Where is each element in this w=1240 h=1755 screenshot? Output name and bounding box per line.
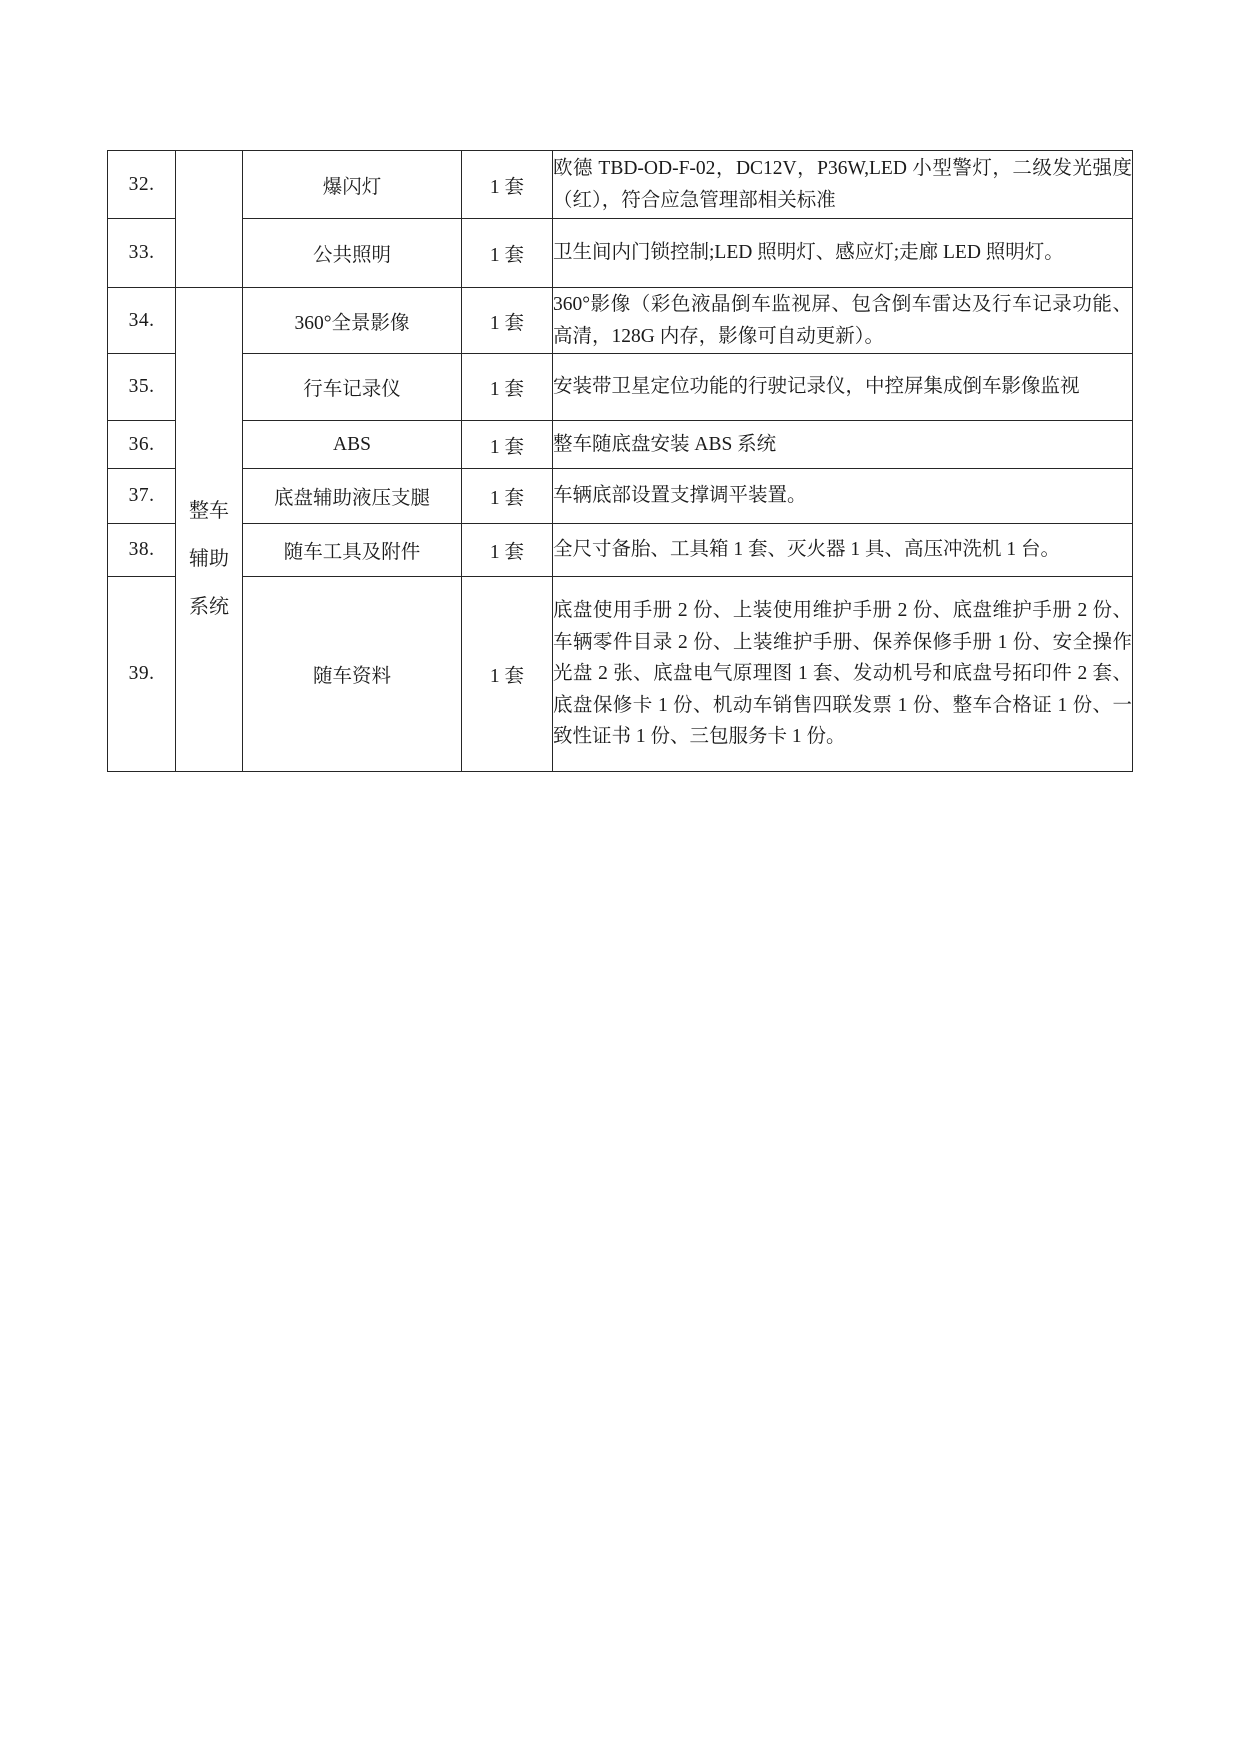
table-row: 35. 行车记录仪 1 套 安装带卫星定位功能的行驶记录仪，中控屏集成倒车影像监… <box>108 354 1133 421</box>
row-number-cell: 35. <box>108 354 176 421</box>
equipment-spec-table: 32. 爆闪灯 1 套 欧德 TBD-OD-F-02，DC12V，P36W,LE… <box>107 150 1133 772</box>
item-name-cell: 公共照明 <box>243 219 462 288</box>
row-number-cell: 36. <box>108 421 176 469</box>
table-row: 37. 底盘辅助液压支腿 1 套 车辆底部设置支撑调平装置。 <box>108 469 1133 524</box>
item-name-cell: 随车工具及附件 <box>243 524 462 577</box>
quantity-cell: 1 套 <box>462 354 553 421</box>
quantity-cell: 1 套 <box>462 469 553 524</box>
item-name-cell: 底盘辅助液压支腿 <box>243 469 462 524</box>
row-number-cell: 39. <box>108 577 176 772</box>
spec-description-cell: 底盘使用手册 2 份、上装使用维护手册 2 份、底盘维护手册 2 份、车辆零件目… <box>553 577 1133 772</box>
quantity-cell: 1 套 <box>462 524 553 577</box>
table-row: 33. 公共照明 1 套 卫生间内门锁控制;LED 照明灯、感应灯;走廊 LED… <box>108 219 1133 288</box>
quantity-cell: 1 套 <box>462 421 553 469</box>
item-name-cell: 行车记录仪 <box>243 354 462 421</box>
spec-description-cell: 卫生间内门锁控制;LED 照明灯、感应灯;走廊 LED 照明灯。 <box>553 219 1133 288</box>
category-label-line: 辅助 <box>189 535 229 583</box>
quantity-cell: 1 套 <box>462 219 553 288</box>
category-label-line: 系统 <box>189 583 229 631</box>
item-name-cell: 爆闪灯 <box>243 151 462 219</box>
table-row: 38. 随车工具及附件 1 套 全尺寸备胎、工具箱 1 套、灭火器 1 具、高压… <box>108 524 1133 577</box>
spec-description-cell: 车辆底部设置支撑调平装置。 <box>553 469 1133 524</box>
spec-description-cell: 欧德 TBD-OD-F-02，DC12V，P36W,LED 小型警灯，二级发光强… <box>553 151 1133 219</box>
row-number-cell: 32. <box>108 151 176 219</box>
quantity-cell: 1 套 <box>462 288 553 354</box>
spec-description-cell: 整车随底盘安装 ABS 系统 <box>553 421 1133 469</box>
quantity-cell: 1 套 <box>462 151 553 219</box>
quantity-cell: 1 套 <box>462 577 553 772</box>
item-name-cell: 随车资料 <box>243 577 462 772</box>
category-label-line: 整车 <box>189 487 229 535</box>
spec-description-cell: 安装带卫星定位功能的行驶记录仪，中控屏集成倒车影像监视 <box>553 354 1133 421</box>
item-name-cell: 360°全景影像 <box>243 288 462 354</box>
table-row: 36. ABS 1 套 整车随底盘安装 ABS 系统 <box>108 421 1133 469</box>
spec-description-cell: 全尺寸备胎、工具箱 1 套、灭火器 1 具、高压冲洗机 1 台。 <box>553 524 1133 577</box>
spec-description-cell: 360°影像（彩色液晶倒车监视屏、包含倒车雷达及行车记录功能、高清，128G 内… <box>553 288 1133 354</box>
category-label: 整车 辅助 系统 <box>176 429 242 631</box>
table-row: 34. 整车 辅助 系统 360°全景影像 1 套 360°影像（彩色液晶倒车监… <box>108 288 1133 354</box>
row-number-cell: 33. <box>108 219 176 288</box>
table-row: 39. 随车资料 1 套 底盘使用手册 2 份、上装使用维护手册 2 份、底盘维… <box>108 577 1133 772</box>
row-number-cell: 34. <box>108 288 176 354</box>
category-cell-vehicle-auxiliary-system: 整车 辅助 系统 <box>176 288 243 772</box>
row-number-cell: 37. <box>108 469 176 524</box>
document-page: 32. 爆闪灯 1 套 欧德 TBD-OD-F-02，DC12V，P36W,LE… <box>0 0 1240 1755</box>
category-cell-empty <box>176 151 243 288</box>
table-row: 32. 爆闪灯 1 套 欧德 TBD-OD-F-02，DC12V，P36W,LE… <box>108 151 1133 219</box>
item-name-cell: ABS <box>243 421 462 469</box>
row-number-cell: 38. <box>108 524 176 577</box>
